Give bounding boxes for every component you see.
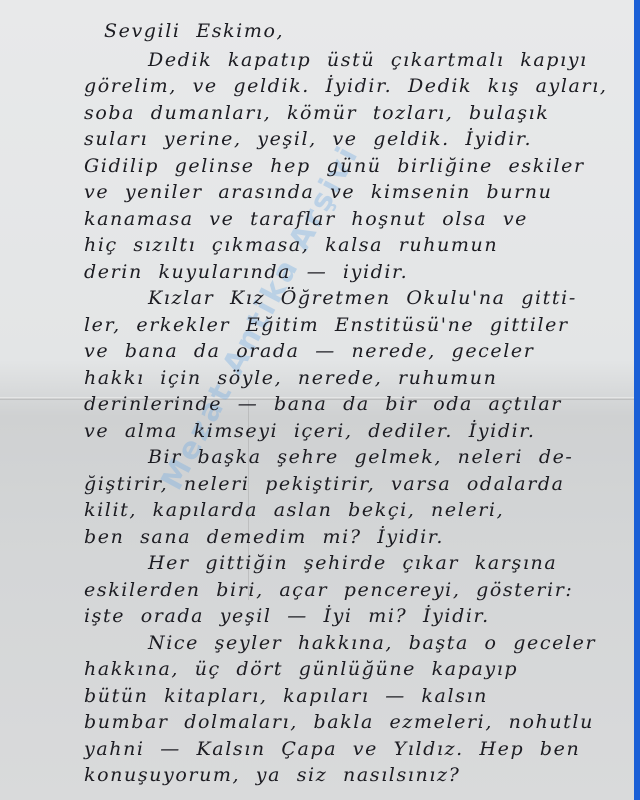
letter-line: hiç sızıltı çıkmasa, kalsa ruhumun [84,232,624,259]
letter-line: suları yerine, yeşil, ve geldik. İyidir. [84,126,624,153]
letter-line: ve yeniler arasında ve kimsenin burnu [84,179,624,206]
letter-line: derin kuyularında — iyidir. [84,259,624,286]
letter-line: Her gittiğin şehirde çıkar karşına [84,550,624,577]
letter-line: ve bana da orada — nerede, geceler [84,338,624,365]
letter-line: hakkına, üç dört günlüğüne kapayıp [84,656,624,683]
letter-line: Dedik kapatıp üstü çıkartmalı kapıyı [84,47,624,74]
letter-line: ğiştirir, neleri pekiştirir, varsa odala… [84,471,624,498]
letter-line: ve alma kimseyi içeri, dediler. İyidir. [84,418,624,445]
letter-line: hakkı için söyle, nerede, ruhumun [84,365,624,392]
letter-line: Bir başka şehre gelmek, neleri de- [84,444,624,471]
letter-line: kilit, kapılarda aslan bekçi, neleri, [84,497,624,524]
letter-line: konuşuyorum, ya siz nasılsınız? [84,762,624,789]
letter-line: Kızlar Kız Öğretmen Okulu'na gitti- [84,285,624,312]
letter-line: kanamasa ve taraflar hoşnut olsa ve [84,206,624,233]
letter-line: Nice şeyler hakkına, başta o geceler [84,630,624,657]
letter-line: ben sana demedim mi? İyidir. [84,524,624,551]
letter-line: eskilerden biri, açar pencereyi, gösteri… [84,577,624,604]
letter-line: görelim, ve geldik. İyidir. Dedik kış ay… [84,73,624,100]
letter-line: bütün kitapları, kapıları — kalsın [84,683,624,710]
handwritten-letter: Sevgili Eskimo, Dedik kapatıp üstü çıkar… [84,18,624,789]
letter-line: ler, erkekler Eğitim Enstitüsü'ne gittil… [84,312,624,339]
letter-body: Dedik kapatıp üstü çıkartmalı kapıyıgöre… [84,47,624,789]
letter-line: işte orada yeşil — İyi mi? İyidir. [84,603,624,630]
letter-line: Gidilip gelinse hep günü birliğine eskil… [84,153,624,180]
letter-line: yahni — Kalsın Çapa ve Yıldız. Hep ben [84,736,624,763]
letter-line: derinlerinde — bana da bir oda açtılar [84,391,624,418]
letter-paper: Mezat Antika Arşivi Sevgili Eskimo, Dedi… [0,0,634,800]
salutation: Sevgili Eskimo, [84,18,624,45]
letter-line: bumbar dolmaları, bakla ezmeleri, nohutl… [84,709,624,736]
letter-line: soba dumanları, kömür tozları, bulaşık [84,100,624,127]
blue-background-edge [634,0,640,800]
